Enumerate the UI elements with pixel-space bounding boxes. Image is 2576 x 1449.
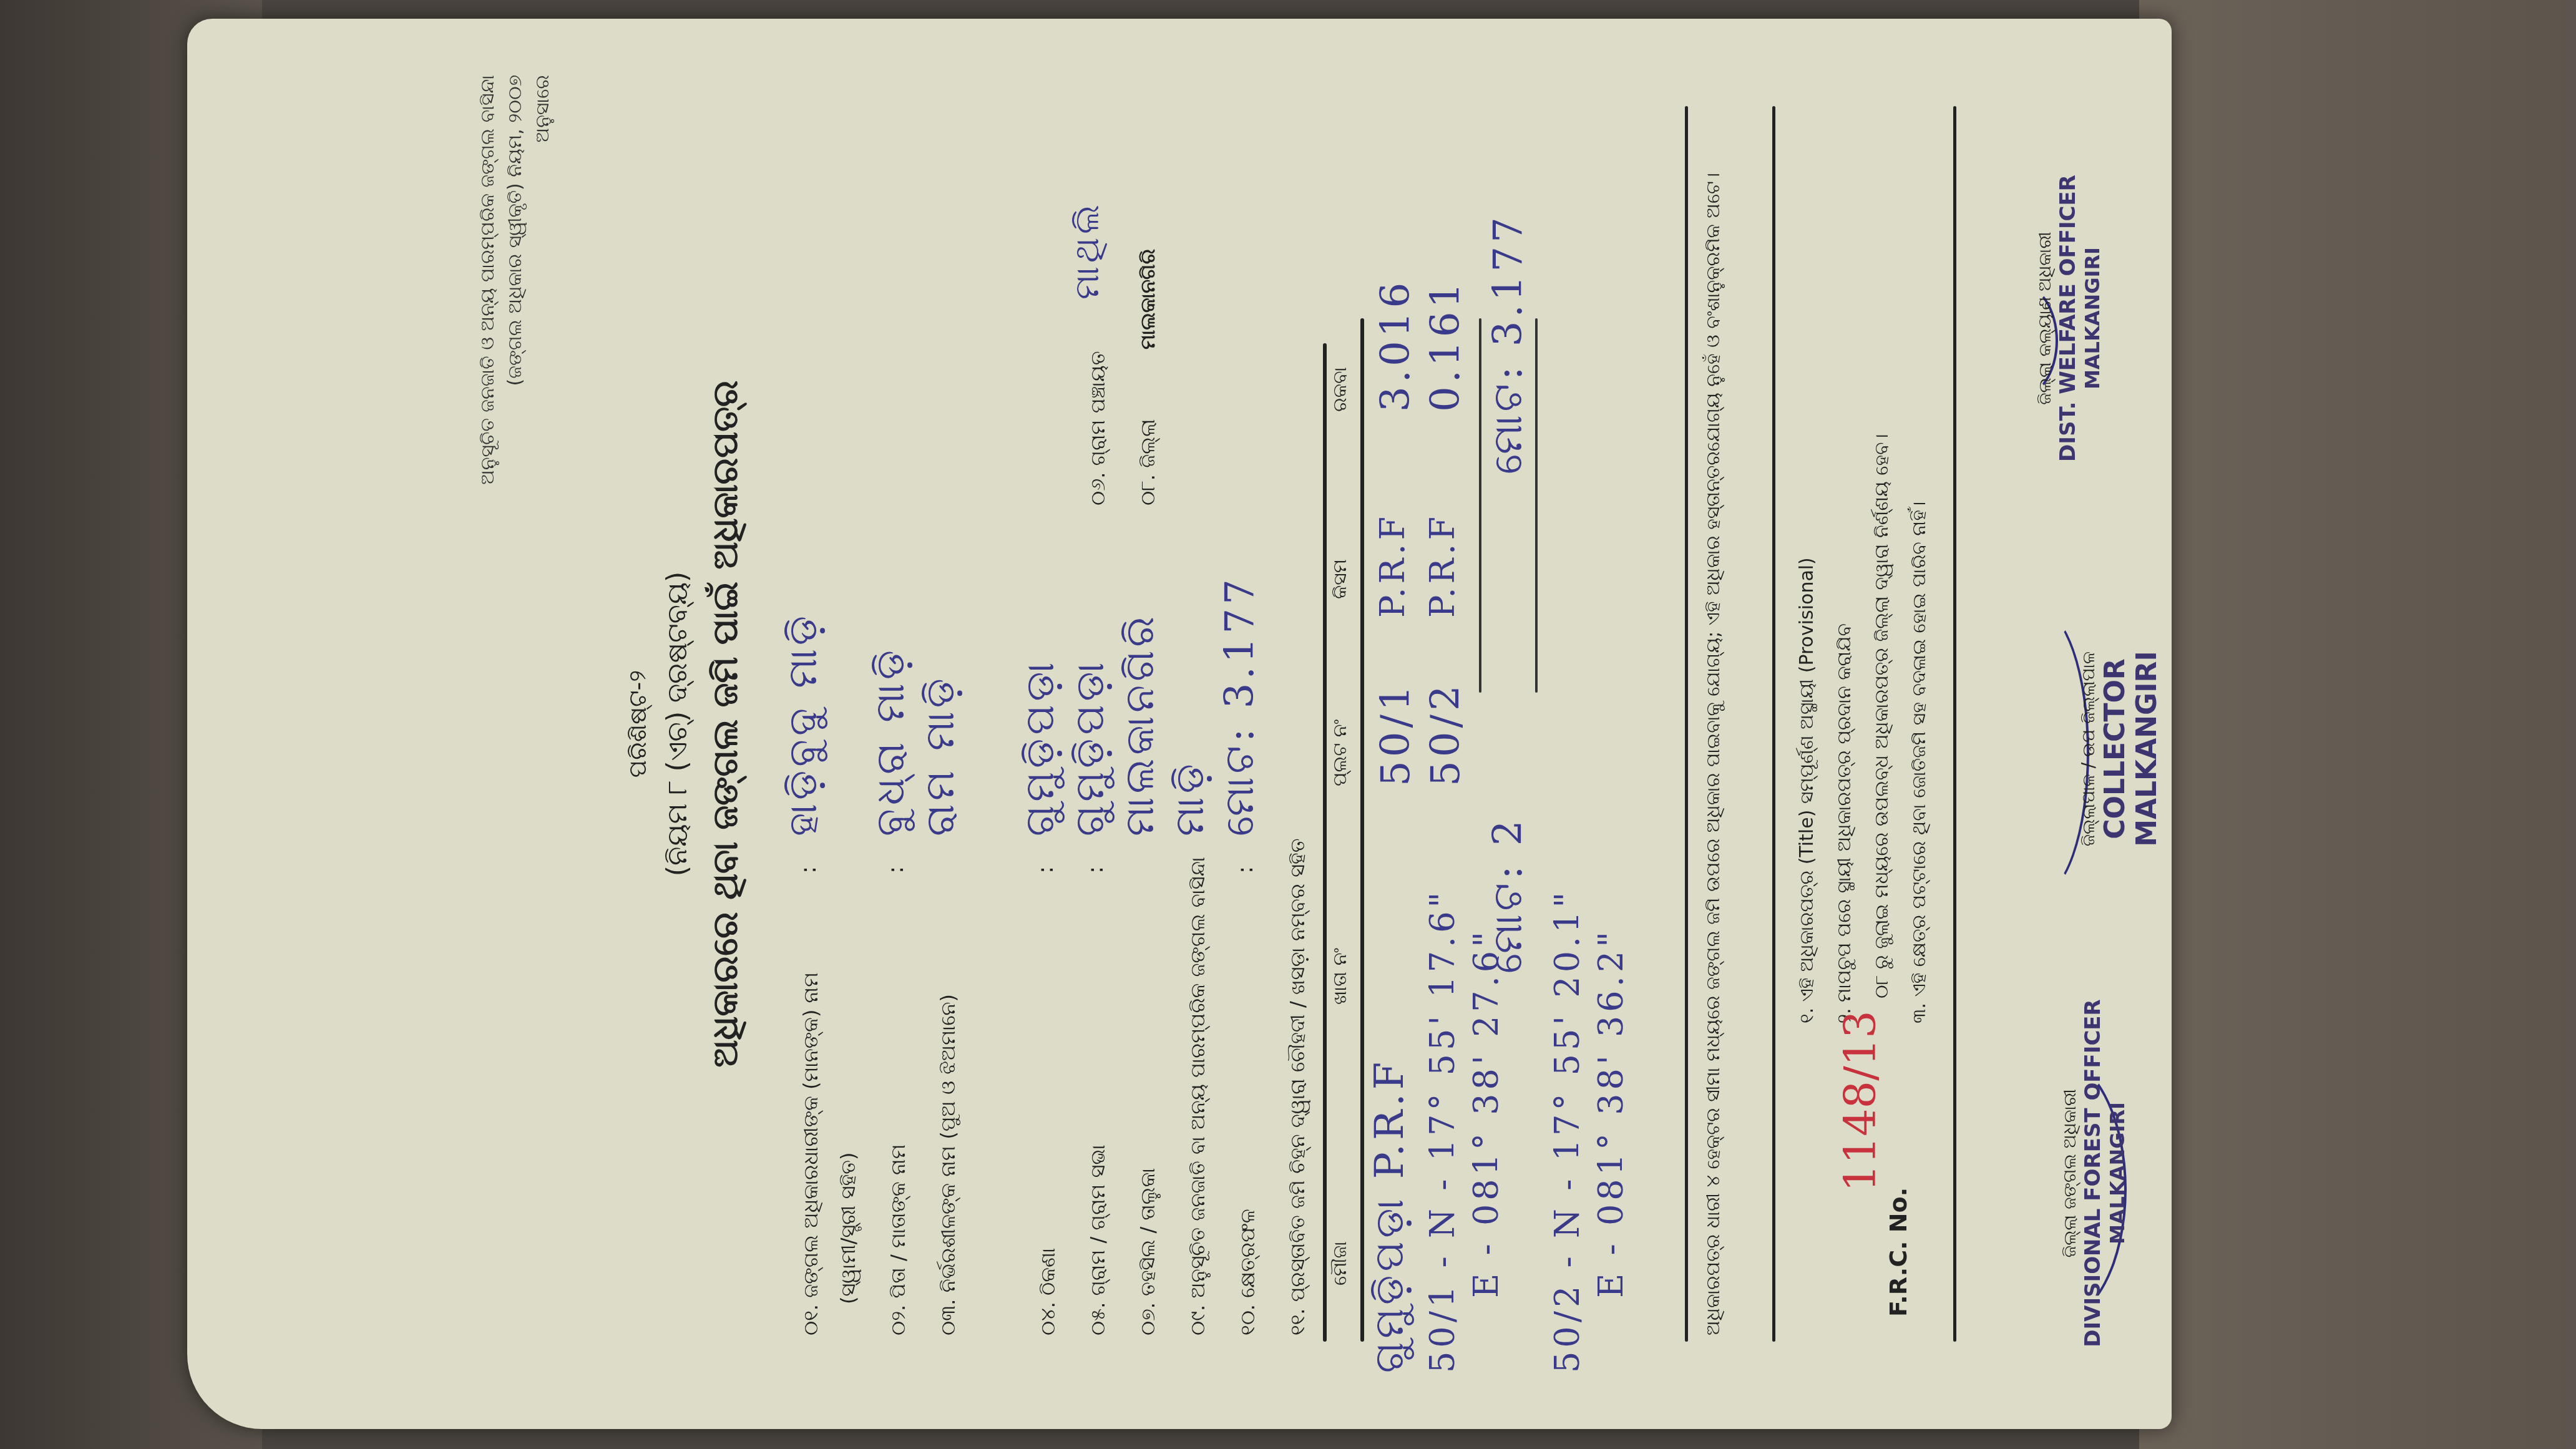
form-number: ପରିଶିଷ୍ଟ-୨ — [624, 37, 652, 1410]
field-value: ମୋଟ: 3.177 — [1217, 575, 1263, 836]
note-2: ୨. ମାପଚୁପ ପରେ ସ୍ଥାୟୀ ଅଧିକାରପତ୍ର ପ୍ରଦାନ କ… — [1828, 112, 1861, 1023]
field-label: ୦୪. ଠିକଣା — [1036, 1247, 1060, 1335]
field-label: ୦୮. ଜିଲ୍ଲା — [1136, 419, 1160, 505]
field-label: ୦୧. ଜଙ୍ଗଲ ଅଧିକାରଧାରୀଙ୍କ (ମାନଙ୍କ) ନାମ — [799, 972, 823, 1335]
header-line: ଅନୁସୂଚିତ ଜନଜାତି ଓ ଅନ୍ୟ ପାରମ୍ପରିକ ଜଙ୍ଗଲ ବ… — [474, 75, 502, 512]
rotated-document: ଅନୁସୂଚିତ ଜନଜାତି ଓ ଅନ୍ୟ ପାରମ୍ପରିକ ଜଙ୍ଗଲ ବ… — [324, 37, 2259, 1410]
field-value: ହାଡ଼ିବୁଦୁ ମାଡ଼ି — [780, 612, 826, 836]
table-header: ପ୍ଲଟ ନଂ — [1329, 720, 1351, 786]
signature-block-dwo: ଜିଲ୍ଲା କଲ୍ୟାଣ ଅଧିକାରୀ DIST. WELFARE OFFI… — [2034, 131, 2104, 505]
field-label: ୦୬. ଗ୍ରାମ ପଞ୍ଚାୟତ — [1086, 351, 1110, 505]
field-label: ୦୨. ପିତା / ମାତାଙ୍କ ନାମ — [886, 1144, 910, 1335]
field-sublabel: (ସ୍ୱାମୀ/ସ୍ତ୍ରୀ ସହିତ) — [836, 1152, 861, 1304]
colon: : — [1232, 866, 1258, 874]
field-label: ୦୭. ତହସିଲ / ତାଲୁକା — [1136, 1168, 1160, 1335]
frc-label: F.R.C. No. — [1885, 1188, 1912, 1317]
table-header: ଖାତା ନଂ — [1329, 948, 1351, 1005]
total-rule — [1535, 318, 1538, 693]
coord-n: 50/1 - N - 17° 55' 17.6" — [1423, 889, 1462, 1373]
plot-cell: 50/1 — [1373, 681, 1419, 786]
frc-number: 1148/13 — [1835, 1010, 1886, 1192]
total-area: ମୋଟ: 3.177 — [1485, 213, 1531, 474]
header-note: ଅନୁସୂଚିତ ଜନଜାତି ଓ ଅନ୍ୟ ପାରମ୍ପରିକ ଜଙ୍ଗଲ ବ… — [474, 75, 557, 512]
area-cell: 0.161 — [1423, 279, 1469, 412]
plot-cell: 50/2 — [1423, 681, 1469, 786]
note-3: ୦୮ ରୁ ଜୁଲାଇ ମଧ୍ୟରେ ଉପଲବ୍ଧ ଅଧିକାରପତ୍ର ଜିଲ… — [1866, 112, 1898, 998]
total-plots: ମୋଟ: 2 — [1485, 816, 1531, 973]
coord-n: 50/2 - N - 17° 55' 20.1" — [1548, 889, 1587, 1373]
field-value: ମାଲକାନଗିରି — [1117, 613, 1163, 836]
table-top-rule — [1323, 343, 1327, 1342]
note-4: ୩. ଏହି କ୍ଷେତ୍ର ପଟ୍ଟାରେ ଥିବା ଜୋତିଜମି ସହ ବ… — [1903, 112, 1936, 1023]
field-value: ଗୁମୁଡ଼ିପଡ଼ା — [1067, 659, 1113, 836]
colon: : — [883, 866, 909, 874]
notes-bottom-rule — [1953, 106, 1956, 1342]
boundary-label: ୧୧. ପ୍ରସ୍ତାବିତ ଜମି ଚିହ୍ନ ଦ୍ୱାରା ଚୌହଦୀ / … — [1286, 839, 1310, 1335]
table-header-rule — [1360, 318, 1364, 1342]
field-label: ୦୯. ଅନୁସୂଚିତ ଜନଜାତି ବା ଅନ୍ୟ ପାରମ୍ପରିକ ଜଙ… — [1186, 857, 1210, 1335]
colon: : — [1033, 866, 1058, 874]
header-line: ଅନୁସାରେ — [529, 75, 557, 512]
declaration-top-rule — [1685, 106, 1688, 1342]
table-header: ମୌଜା — [1329, 1241, 1351, 1286]
field-label: ୦୩. ନିର୍ଭରଶୀଳଙ୍କ ନାମ (ପୁଅ ଓ ଝିଅମାନେ) — [936, 994, 960, 1335]
signature-block-dfo: ଜିଲ୍ଲା ଜଙ୍ଗଲ ଅଧିକାରୀ DIVISIONAL FOREST O… — [2059, 998, 2129, 1348]
table-header: ରକବା — [1329, 367, 1351, 412]
field-label: ୧୦. କ୍ଷେତ୍ରଫଳ — [1236, 1209, 1260, 1335]
declaration-text: ଅଧିକାରପତ୍ର ଧାରୀ ୪ ହେକ୍ଟର ସୀମା ମଧ୍ୟରେ ଜଙ୍… — [1697, 112, 1730, 1335]
colon: : — [1083, 866, 1108, 874]
field-label: ୦୫. ଗ୍ରାମ / ଗ୍ରାମ ସଭା — [1086, 1144, 1110, 1335]
mouza-value: ଗୁମୁଡ଼ିପଡ଼ା P.R.F — [1367, 1058, 1413, 1373]
field-value: ରାମ ମାଡ଼ି — [917, 675, 964, 836]
field-value: ମାଲକାନଗିରି — [1136, 249, 1160, 349]
coord-e: E - 081° 38' 36.2" — [1591, 928, 1631, 1298]
declaration-bottom-rule — [1772, 106, 1775, 1342]
rule-reference: (ନିୟମ ୮ (ଏଚ୍) ଦ୍ରଷ୍ଟବ୍ୟ) — [661, 37, 693, 1410]
note-1: ୧. ଏହି ଅଧିକାରପତ୍ର (Title) ସମ୍ପୂର୍ଣ୍ଣ ଅସ୍… — [1791, 112, 1823, 1023]
field-value: ବୁଧ୍ରା ମାଡ଼ି — [867, 646, 914, 836]
field-value: ଗୁମୁଡ଼ିପଡ଼ା — [1017, 659, 1063, 836]
kisam-cell: P.R.F — [1373, 513, 1412, 618]
field-value: ମାଥିଲି — [1067, 201, 1107, 300]
colon: : — [796, 866, 821, 874]
coord-e: E - 081° 38' 27.6" — [1466, 928, 1506, 1298]
kisam-cell: P.R.F — [1423, 513, 1462, 618]
table-header: କିସମ — [1329, 559, 1351, 599]
signature-collector — [1984, 607, 2089, 899]
signature-block-collector: ଜିଲ୍ଲାପାଳ / ଉପ ଜିଲ୍ଲାପାଳ COLLECTOR MALKA… — [2078, 574, 2163, 924]
document-content: ଅନୁସୂଚିତ ଜନଜାତି ଓ ଅନ୍ୟ ପାରମ୍ପରିକ ଜଙ୍ଗଲ ବ… — [324, 37, 2259, 1410]
area-cell: 3.016 — [1373, 279, 1419, 412]
subtotal-rule — [1479, 318, 1481, 693]
field-value: ମାଡ଼ି — [1167, 760, 1213, 836]
page-title: ଅଧିକାରରେ ଥିବା ଜଙ୍ଗଲ ଜମି ପାଇଁ ଅଧିକାରପତ୍ର — [705, 37, 746, 1410]
header-line: (ଜଙ୍ଗଲ ଅଧିକାର ସ୍ୱୀକୃତି) ନିୟମ, ୨୦୦୭ — [502, 75, 529, 512]
